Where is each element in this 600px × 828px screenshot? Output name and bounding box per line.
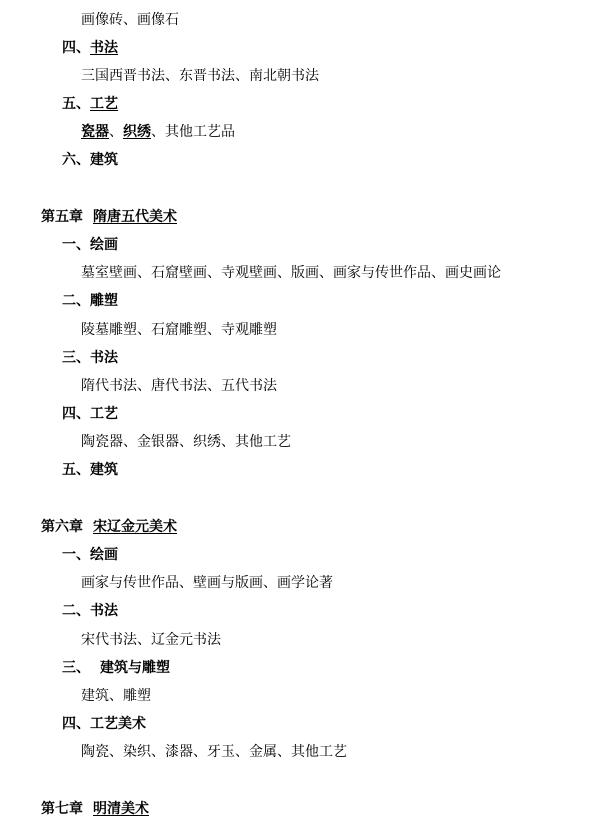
section-content: 瓷器、织绣、其他工艺品	[81, 123, 235, 141]
text-segment: 五、	[62, 96, 90, 112]
underlined-text: 隋唐五代美术	[93, 209, 177, 225]
underlined-text: 织绣	[123, 124, 151, 140]
chapter-heading: 第七章明清美术	[41, 800, 149, 818]
underlined-text: 宋辽金元美术	[93, 519, 177, 535]
text-segment: 四、	[62, 40, 90, 56]
section-content: 陶瓷、染织、漆器、牙玉、金属、其他工艺	[81, 743, 347, 761]
text-segment: 第五章	[41, 209, 83, 225]
text-segment: 第六章	[41, 519, 83, 535]
text-segment: 三、	[62, 660, 90, 676]
text-segment: 、其他工艺品	[151, 124, 235, 140]
section-heading: 二、书法	[62, 602, 118, 620]
section-content: 宋代书法、辽金元书法	[81, 631, 221, 649]
text-segment: 画家与传世作品、壁画与版画、画学论著	[81, 575, 333, 591]
underlined-text: 书法	[90, 40, 118, 56]
chapter-heading: 第五章隋唐五代美术	[41, 208, 177, 226]
text-segment: 建筑、雕塑	[81, 688, 151, 704]
section-heading: 三、建筑与雕塑	[62, 659, 170, 677]
text-segment: 一、绘画	[62, 237, 118, 253]
section-heading: 五、工艺	[62, 95, 118, 113]
text-segment: 陶瓷器、金银器、织绣、其他工艺	[81, 434, 291, 450]
section-heading: 六、建筑	[62, 151, 118, 169]
section-content: 陵墓雕塑、石窟雕塑、寺观雕塑	[81, 321, 277, 339]
text-segment: 墓室壁画、石窟壁画、寺观壁画、版画、画家与传世作品、画史画论	[81, 265, 501, 281]
section-heading: 三、书法	[62, 349, 118, 367]
text-segment: 画像砖、画像石	[81, 12, 179, 28]
underlined-text: 工艺	[90, 96, 118, 112]
section-content: 画像砖、画像石	[81, 11, 179, 29]
text-segment: 建筑与雕塑	[100, 660, 170, 676]
section-content: 陶瓷器、金银器、织绣、其他工艺	[81, 433, 291, 451]
text-segment: 二、雕塑	[62, 293, 118, 309]
section-heading: 二、雕塑	[62, 292, 118, 310]
section-heading: 一、绘画	[62, 546, 118, 564]
text-segment: 陶瓷、染织、漆器、牙玉、金属、其他工艺	[81, 744, 347, 760]
section-content: 画家与传世作品、壁画与版画、画学论著	[81, 574, 333, 592]
section-content: 墓室壁画、石窟壁画、寺观壁画、版画、画家与传世作品、画史画论	[81, 264, 501, 282]
section-content: 建筑、雕塑	[81, 687, 151, 705]
text-segment: 一、绘画	[62, 547, 118, 563]
text-segment: 隋代书法、唐代书法、五代书法	[81, 378, 277, 394]
section-heading: 四、工艺美术	[62, 715, 146, 733]
underlined-text: 瓷器	[81, 124, 109, 140]
section-content: 隋代书法、唐代书法、五代书法	[81, 377, 277, 395]
text-segment: 五、建筑	[62, 462, 118, 478]
section-heading: 四、书法	[62, 39, 118, 57]
section-content: 三国西晋书法、东晋书法、南北朝书法	[81, 67, 319, 85]
text-segment: 三国西晋书法、东晋书法、南北朝书法	[81, 68, 319, 84]
text-segment: 三、书法	[62, 350, 118, 366]
section-heading: 五、建筑	[62, 461, 118, 479]
underlined-text: 明清美术	[93, 801, 149, 817]
text-segment: 第七章	[41, 801, 83, 817]
section-heading: 四、工艺	[62, 405, 118, 423]
text-segment: 陵墓雕塑、石窟雕塑、寺观雕塑	[81, 322, 277, 338]
text-segment: 四、工艺	[62, 406, 118, 422]
text-segment: 宋代书法、辽金元书法	[81, 632, 221, 648]
chapter-heading: 第六章宋辽金元美术	[41, 518, 177, 536]
text-segment: 四、工艺美术	[62, 716, 146, 732]
text-segment: 六、建筑	[62, 152, 118, 168]
text-segment: 二、书法	[62, 603, 118, 619]
text-segment: 、	[109, 124, 123, 140]
section-heading: 一、绘画	[62, 236, 118, 254]
